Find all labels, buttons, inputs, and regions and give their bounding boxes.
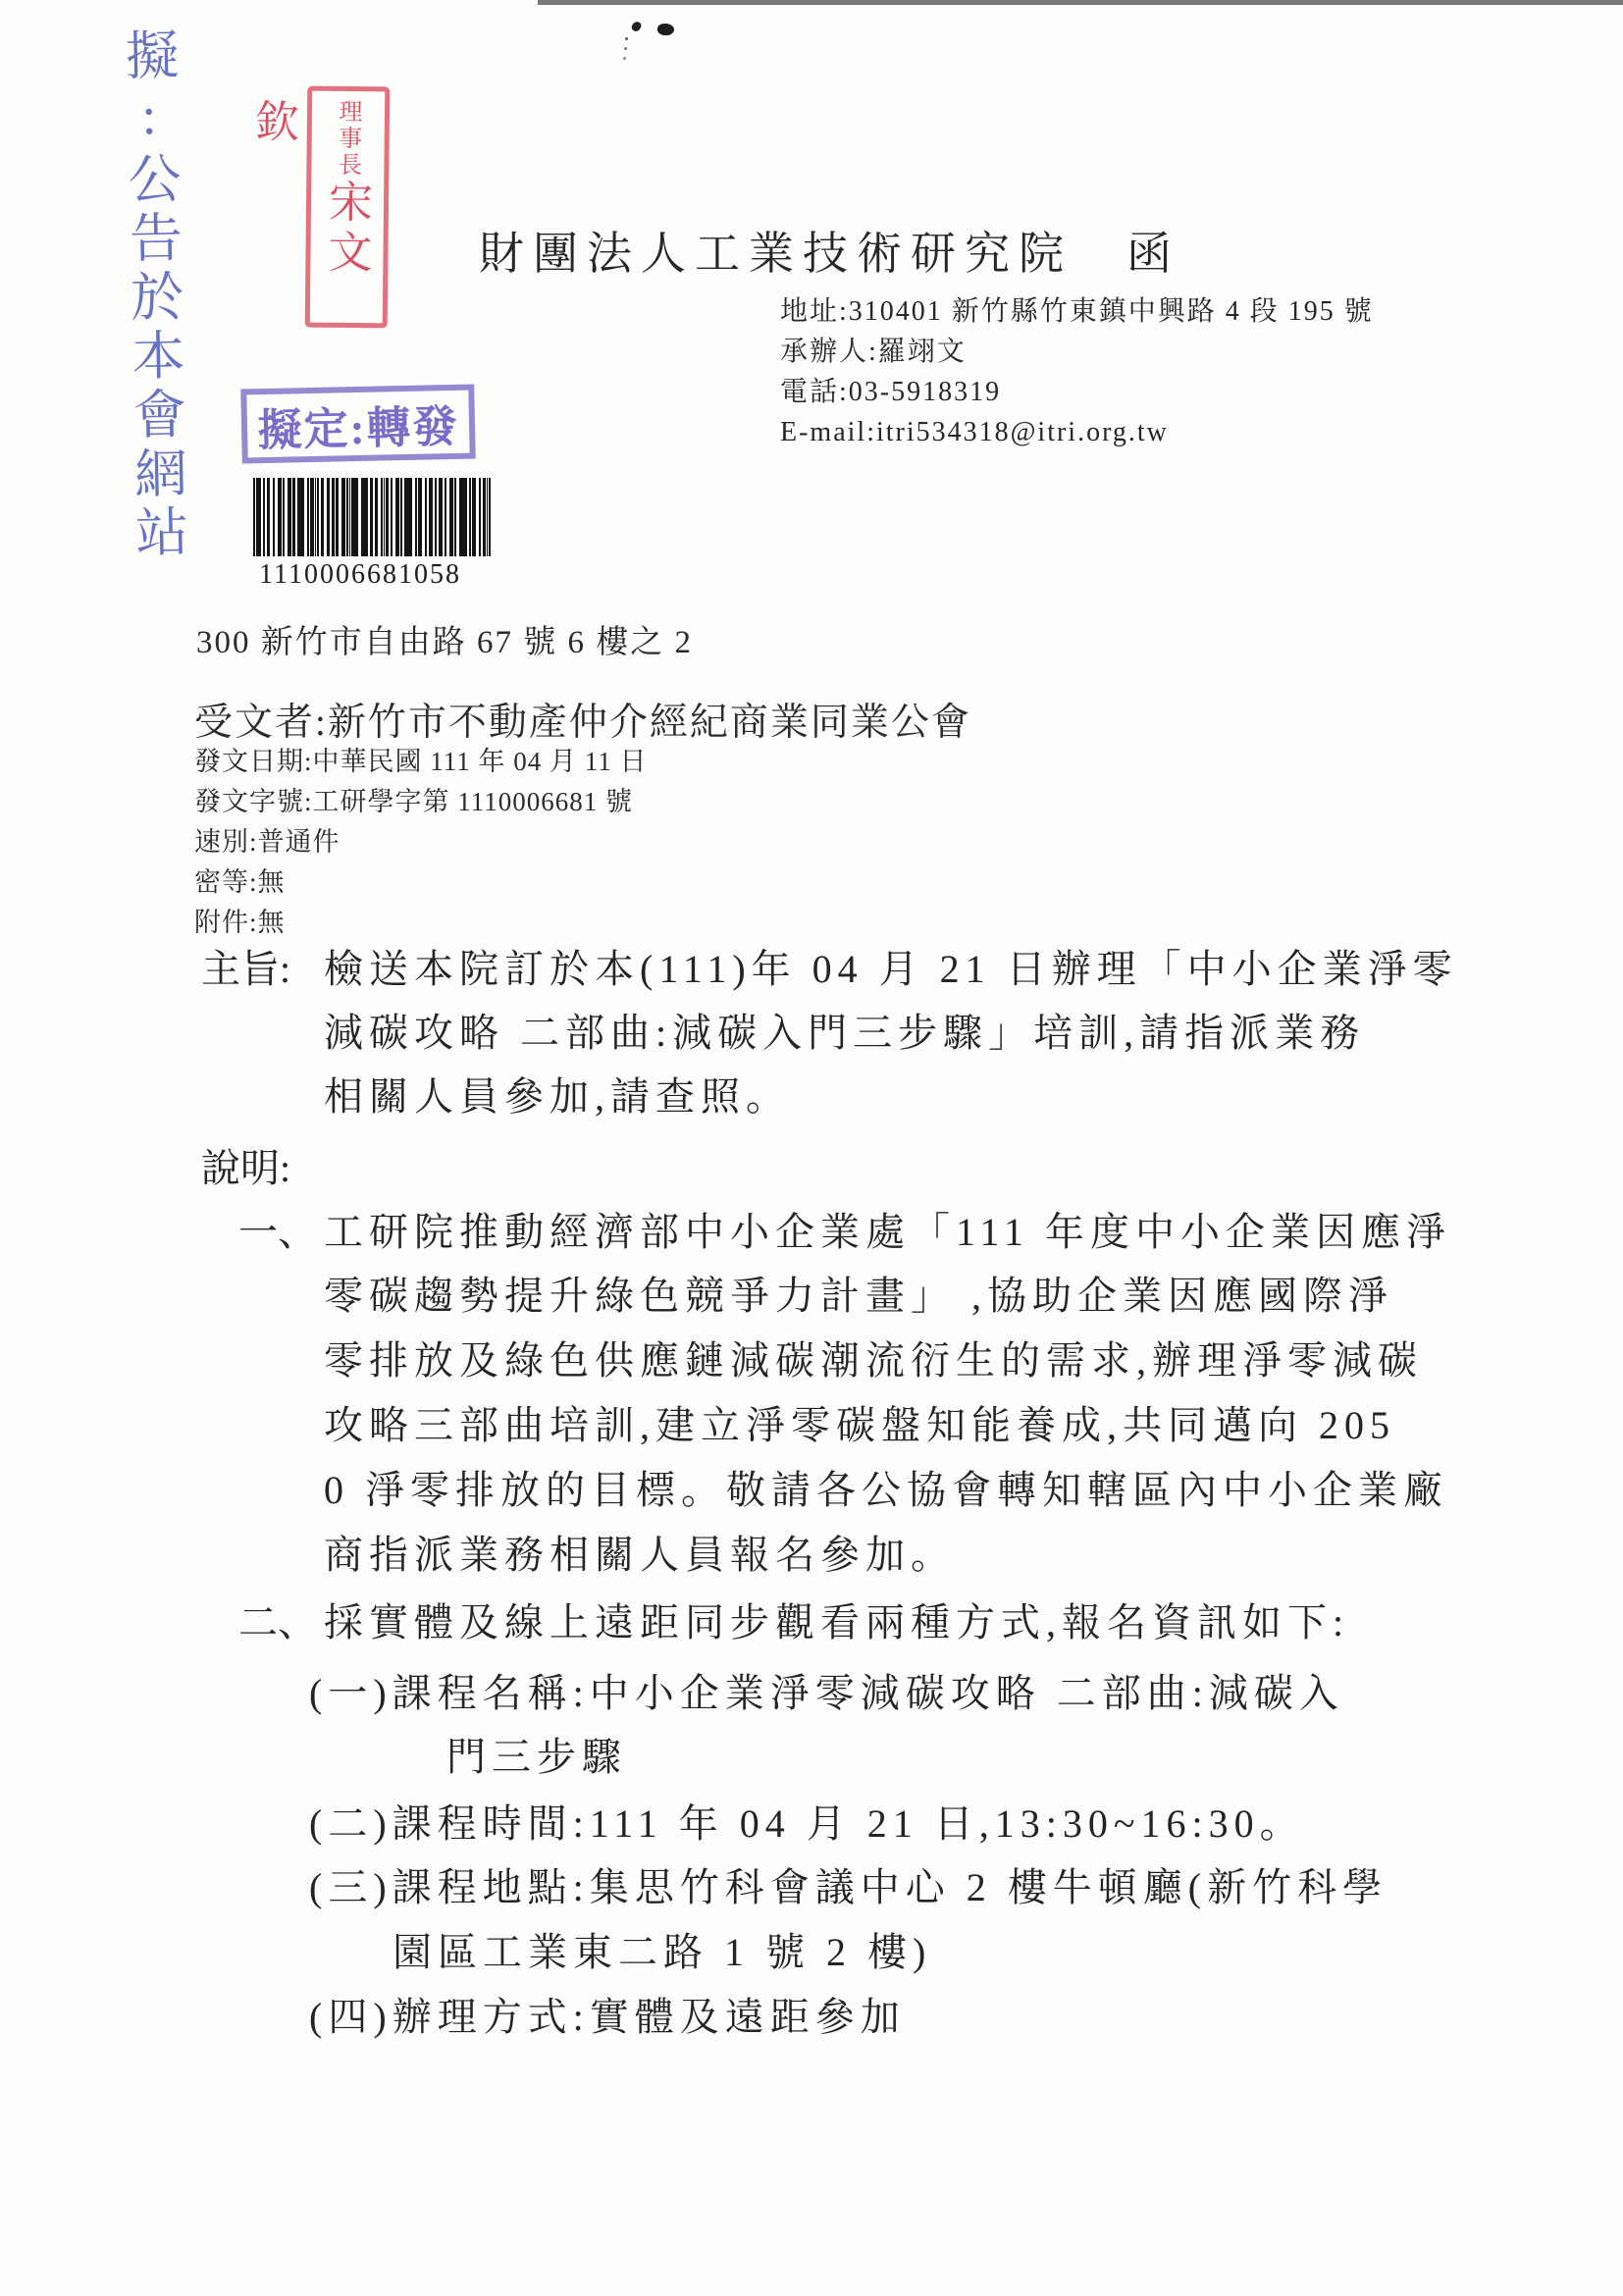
subject-line: 檢送本院訂於本(111)年 04 月 21 日辦理「中小企業淨零 [324,944,1458,995]
scan-artifact-top-edge [538,0,1623,5]
ink-speck [657,24,674,35]
barcode-number: 1110006681058 [247,559,473,591]
item1-line: 商指派業務相關人員報名參加。 [324,1530,956,1581]
item2-label: 二、 [238,1597,317,1648]
subitem1-line: 門三步驟 [446,1732,627,1783]
sender-address: 地址:310401 新竹縣竹東鎮中興路 4 段 195 號 [780,291,1374,332]
subitem4-line: (四)辦理方式:實體及遠距參加 [309,1992,906,2043]
subitem3-line: (三)課程地點:集思竹科會議中心 2 樓牛頓廳(新竹科學 [309,1862,1387,1913]
handwritten-annotation: 擬:公告於本會網站 [88,26,218,593]
item1-line: 工研院推動經濟部中小企業處「111 年度中小企業因應淨 [324,1207,1451,1258]
subitem2-line: (二)課程時間:111 年 04 月 21 日,13:30~16:30。 [309,1799,1305,1850]
doc-number: 發文字號:工研學字第 1110006681 號 [194,782,648,822]
barcode [253,478,493,556]
classification: 密等:無 [194,862,648,903]
chairman-stamp: 理事長宋文欽 [305,86,391,329]
subject-line: 減碳攻略 二部曲:減碳入門三步驟」培訓,請指派業務 [324,1008,1365,1059]
item2-line: 採實體及線上遠距同步觀看兩種方式,報名資訊如下: [324,1597,1349,1648]
document-title: 財團法人工業技術研究院 函 [479,218,1180,283]
scanned-letter-page: 擬:公告於本會網站 理事長宋文欽 擬定:轉發 1110006681058 財團法… [0,0,1623,2296]
item1-line: 0 淨零排放的目標。敬請各公協會轉知轄區內中小企業廠 [324,1465,1448,1516]
subitem3-line: 園區工業東二路 1 號 2 樓) [393,1927,931,1978]
item1-line: 零碳趨勢提升綠色競爭力計畫」 ,協助企業因應國際淨 [324,1271,1393,1322]
chairman-stamp-title: 理事長 [334,99,360,179]
contact-person: 承辦人:羅翊文 [780,332,1374,372]
ink-speck [631,21,643,32]
subitem1-line: (一)課程名稱:中小企業淨零減碳攻略 二部曲:減碳入 [309,1668,1344,1719]
priority: 速別:普通件 [194,822,648,862]
attachments: 附件:無 [194,903,648,943]
explanation-label: 說明: [201,1143,290,1194]
sender-contact-block: 地址:310401 新竹縣竹東鎮中興路 4 段 195 號 承辦人:羅翊文 電話… [780,291,1374,452]
contact-email: E-mail:itri534318@itri.org.tw [780,412,1374,452]
item1-line: 零排放及綠色供應鏈減碳潮流衍生的需求,辦理淨零減碳 [324,1335,1423,1386]
subject-label: 主旨: [201,944,290,995]
addressee-line: 受文者:新竹市不動產仲介經紀商業同業公會 [194,692,971,747]
issue-date: 發文日期:中華民國 111 年 04 月 11 日 [194,742,648,782]
recipient-mailing-address: 300 新竹市自由路 67 號 6 樓之 2 [196,616,693,662]
subject-line: 相關人員參加,請查照。 [324,1071,791,1122]
ink-speck [625,37,628,40]
contact-phone: 電話:03-5918319 [780,372,1374,412]
document-meta-block: 發文日期:中華民國 111 年 04 月 11 日 發文字號:工研學字第 111… [194,742,648,943]
item1-label: 一、 [238,1207,317,1258]
item1-line: 攻略三部曲培訓,建立淨零碳盤知能養成,共同邁向 205 [324,1400,1395,1451]
forward-decision-stamp: 擬定:轉發 [240,385,476,464]
